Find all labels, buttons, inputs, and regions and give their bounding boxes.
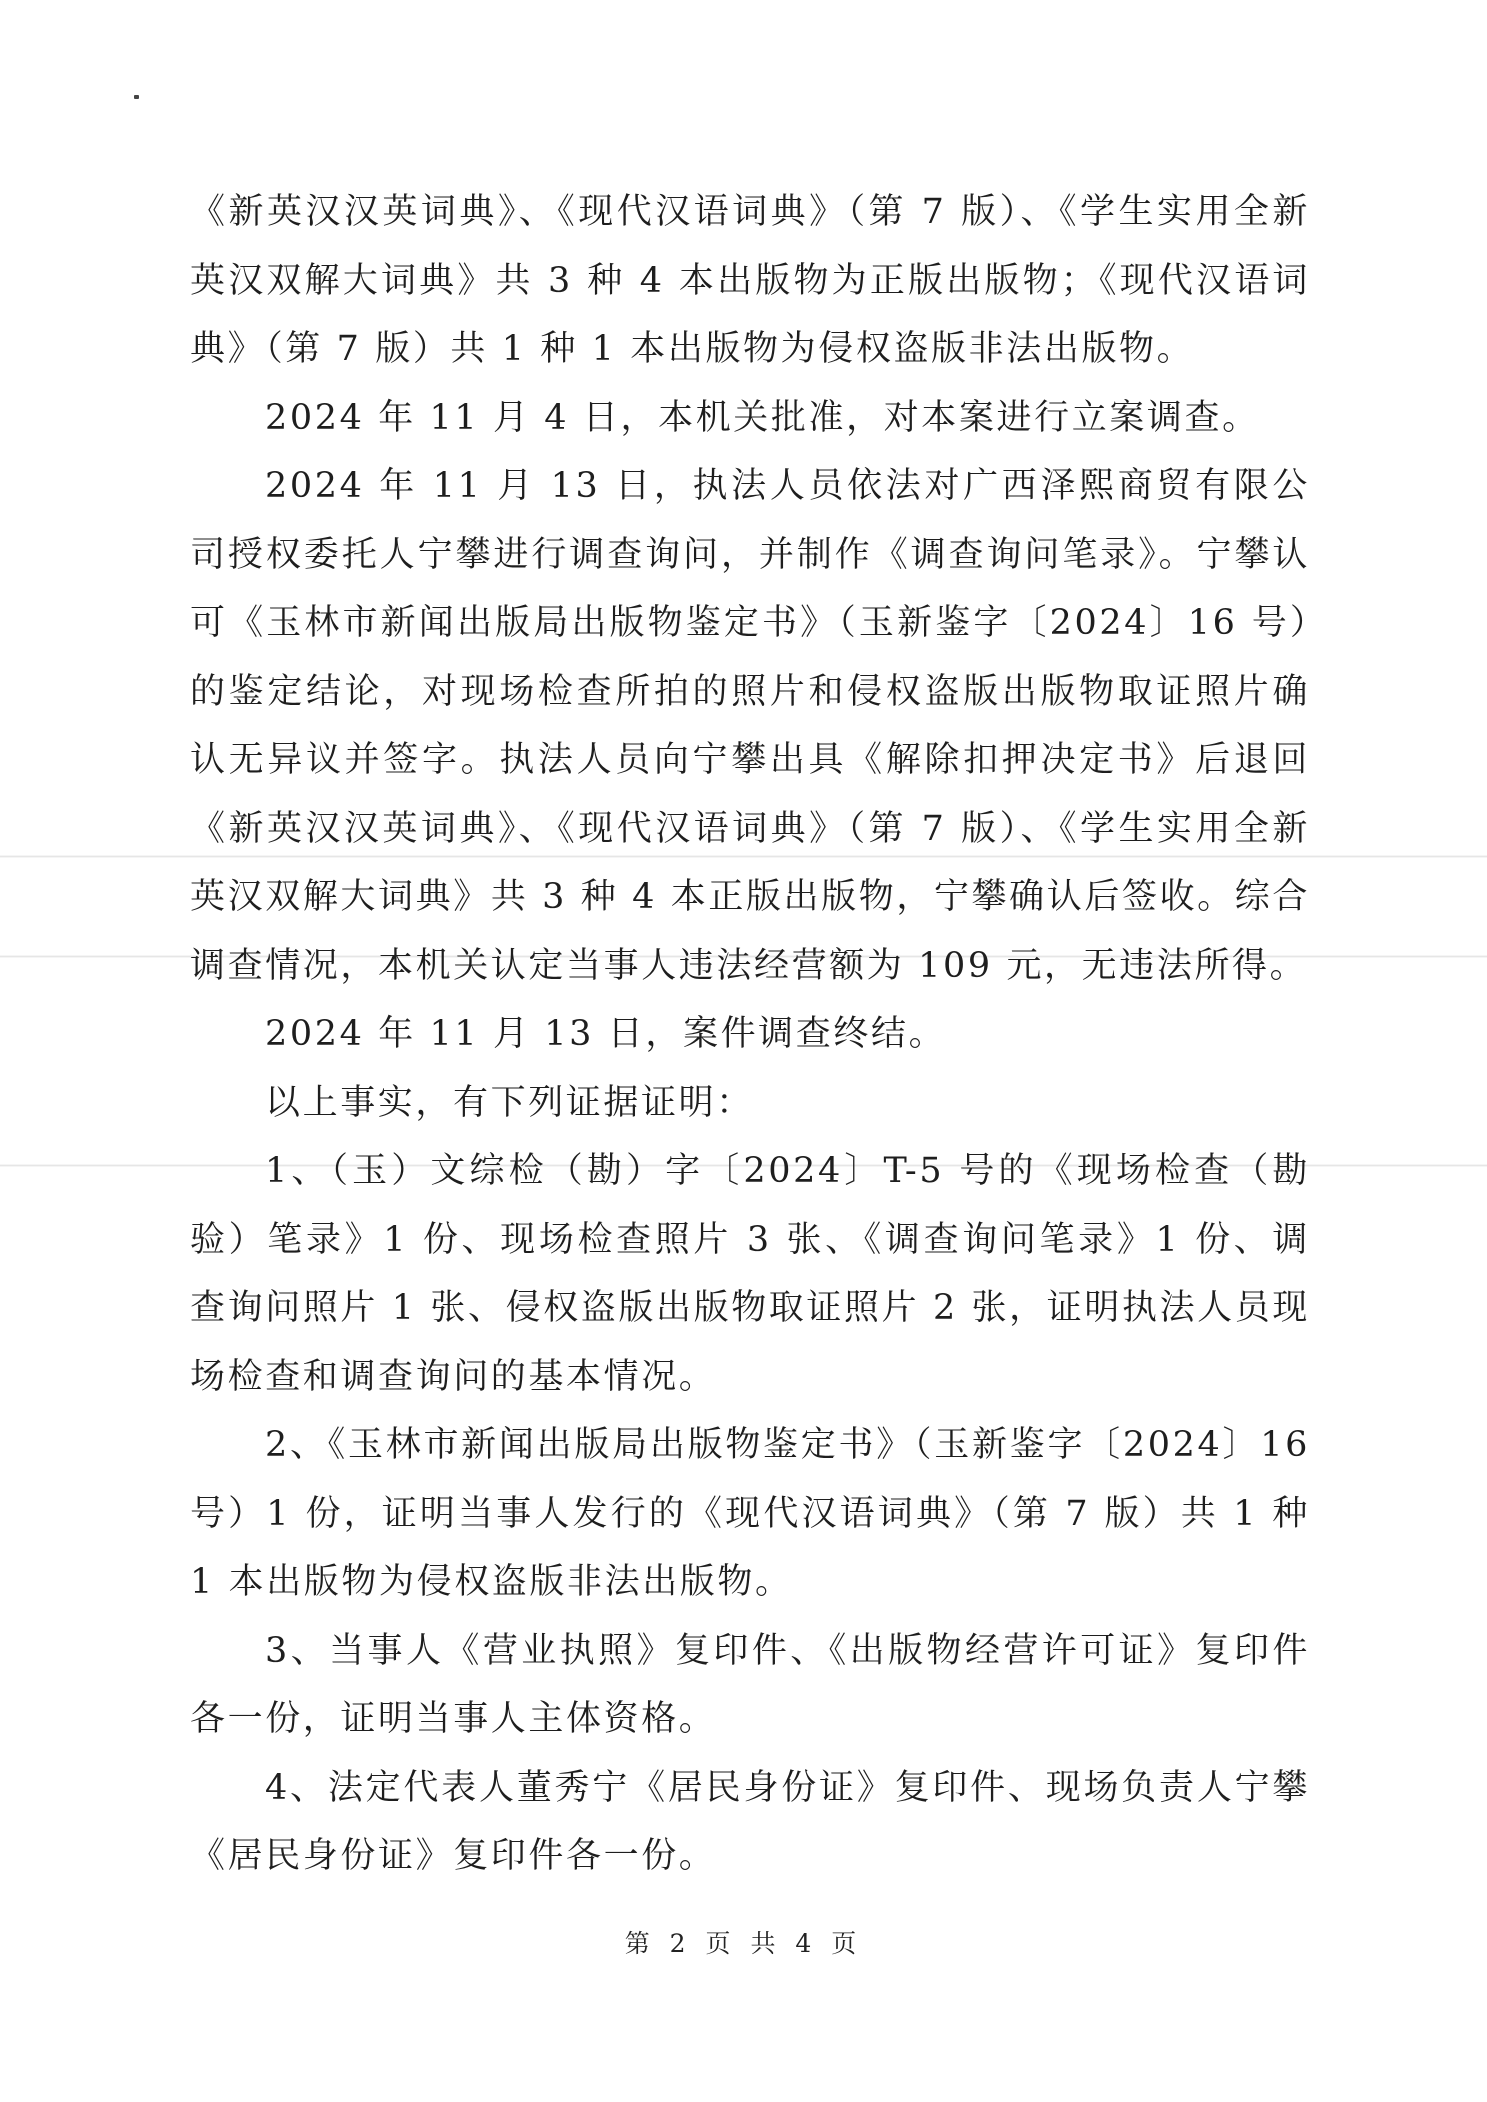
paragraph-publication-classification: 《新英汉汉英词典》、《现代汉语词典》（第 7 版）、《学生实用全新英汉双解大词典… <box>190 178 1310 384</box>
scan-speck-mark <box>134 95 139 99</box>
paragraph-evidence-intro: 以上事实，有下列证据证明： <box>190 1069 1310 1138</box>
evidence-item-4: 4、法定代表人董秀宁《居民身份证》复印件、现场负责人宁攀《居民身份证》复印件各一… <box>190 1754 1310 1891</box>
document-body: 《新英汉汉英词典》、《现代汉语词典》（第 7 版）、《学生实用全新英汉双解大词典… <box>190 178 1310 1891</box>
document-page: 《新英汉汉英词典》、《现代汉语词典》（第 7 版）、《学生实用全新英汉双解大词典… <box>0 0 1487 2102</box>
paragraph-investigation-inquiry: 2024 年 11 月 13 日，执法人员依法对广西泽熙商贸有限公司授权委托人宁… <box>190 452 1310 1000</box>
page-number-footer: 第 2 页 共 4 页 <box>0 1924 1487 1960</box>
paragraph-case-filing: 2024 年 11 月 4 日，本机关批准，对本案进行立案调查。 <box>190 384 1310 453</box>
paragraph-investigation-concluded: 2024 年 11 月 13 日，案件调查终结。 <box>190 1000 1310 1069</box>
evidence-item-3: 3、当事人《营业执照》复印件、《出版物经营许可证》复印件各一份，证明当事人主体资… <box>190 1617 1310 1754</box>
evidence-item-1: 1、（玉）文综检（勘）字〔2024〕T-5 号的《现场检查（勘验）笔录》1 份、… <box>190 1137 1310 1411</box>
evidence-item-2: 2、《玉林市新闻出版局出版物鉴定书》（玉新鉴字〔2024〕16 号）1 份，证明… <box>190 1411 1310 1617</box>
